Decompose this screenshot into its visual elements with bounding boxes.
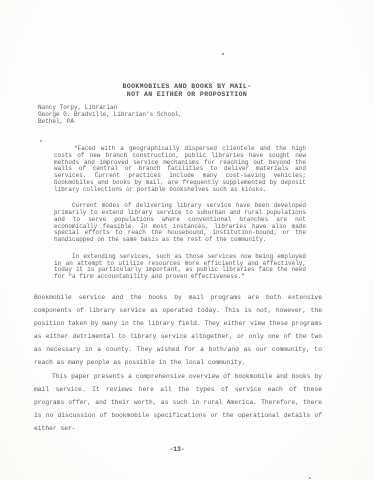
title-line-1: BOOKMOBILES AND BOOKS BY MAIL- [0, 83, 374, 91]
block-quote-section: “Faced with a geographically dispersed c… [54, 146, 306, 291]
scan-speck [222, 53, 224, 55]
body-paragraph-1: Bookmobile service and the books by mail… [34, 291, 322, 369]
author-affiliation-line: George G. Bradville, Librarian's School, [38, 111, 182, 118]
author-name-line: Nancy Torpy, Librarian [38, 104, 182, 111]
scan-speck [309, 477, 311, 479]
document-title: BOOKMOBILES AND BOOKS BY MAIL- NOT AN EI… [0, 83, 374, 99]
scan-speck [40, 140, 42, 142]
body-paragraph-2: This paper presents a comprehensive over… [34, 370, 322, 435]
quote-paragraph-3: In extending services, such as those ser… [54, 254, 306, 281]
author-location-line: Bethel, PA [38, 118, 182, 125]
quote-paragraph-1: “Faced with a geographically dispersed c… [54, 146, 306, 193]
body-text-section: Bookmobile service and the books by mail… [34, 291, 322, 435]
scanned-document-page: BOOKMOBILES AND BOOKS BY MAIL- NOT AN EI… [0, 0, 374, 480]
title-line-2: NOT AN EITHER OR PROPOSITION [0, 91, 374, 99]
quote-paragraph-2: Current modes of delivering library serv… [54, 203, 306, 244]
author-block: Nancy Torpy, Librarian George G. Bradvil… [38, 104, 182, 126]
page-number: -13- [0, 446, 354, 453]
